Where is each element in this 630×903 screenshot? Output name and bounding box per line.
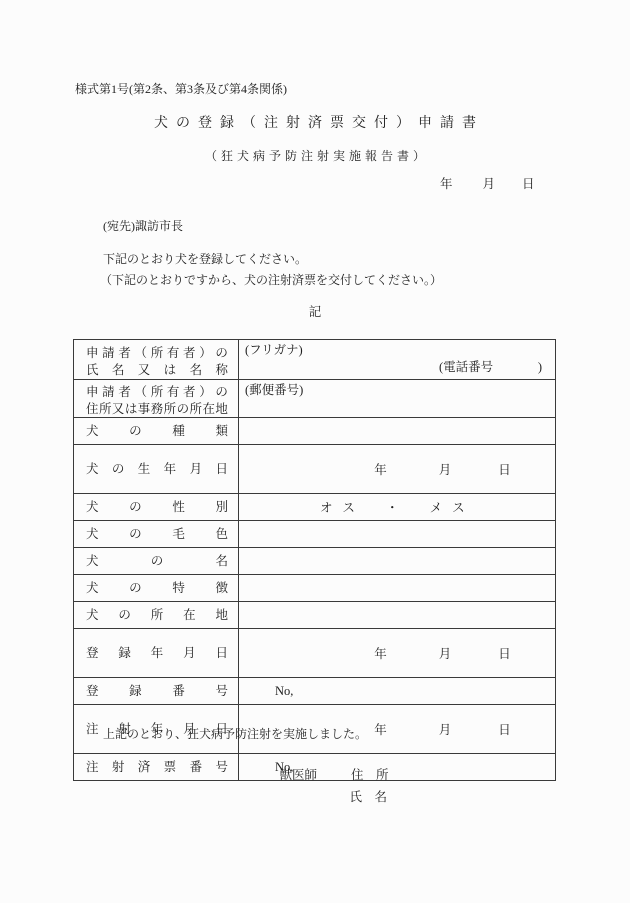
dog-sex-value-cell: オス ・ メス [239, 494, 556, 521]
registration-number-label: 登録番号 [86, 683, 228, 700]
day-label: 日 [498, 723, 511, 737]
dog-name-value-cell [239, 548, 556, 575]
header-date-line: 年 月 日 [440, 177, 535, 192]
registration-date-label: 登録年月日 [86, 645, 228, 662]
dog-name-label-cell: 犬の名 [74, 548, 239, 575]
injection-tag-number-label: 注射済票番号 [86, 759, 228, 776]
applicant-address-label-line1: 申請者（所有者）の [86, 384, 228, 401]
dog-birthdate-value-cell: 年月日 [239, 445, 556, 494]
row-dog-coat-color: 犬の毛色 [74, 521, 556, 548]
day-label: 日 [498, 647, 511, 661]
registration-number-value-cell: No, [239, 678, 556, 705]
vet-title: 獣医師 [280, 768, 318, 782]
applicant-name-label-cell: 申請者（所有者）の 氏名又は名称 [74, 340, 239, 380]
row-dog-birthdate: 犬の生年月日 年月日 [74, 445, 556, 494]
request-line-1: 下記のとおり犬を登録してください。 [103, 252, 307, 267]
row-dog-features: 犬の特徴 [74, 575, 556, 602]
dog-birthdate-label-cell: 犬の生年月日 [74, 445, 239, 494]
applicant-name-value-cell: (フリガナ) (電話番号 ) [239, 340, 556, 380]
form-page: 様式第1号(第2条、第3条及び第4条関係) 犬の登録（注射済票交付）申請書 （狂… [0, 0, 630, 903]
day-label: 日 [498, 463, 511, 477]
header-date-year-label: 年 [440, 177, 453, 192]
dog-location-value-cell [239, 602, 556, 629]
dog-location-label-cell: 犬の所在地 [74, 602, 239, 629]
application-table: 申請者（所有者）の 氏名又は名称 (フリガナ) (電話番号 ) 申請者（所有者）… [73, 339, 556, 781]
row-dog-sex: 犬の性別 オス ・ メス [74, 494, 556, 521]
dog-coat-color-label: 犬の毛色 [86, 526, 228, 543]
dog-coat-color-value-cell [239, 521, 556, 548]
applicant-address-value-cell: (郵便番号) [239, 380, 556, 418]
injection-tag-number-label-cell: 注射済票番号 [74, 754, 239, 781]
dog-sex-label: 犬の性別 [86, 499, 228, 516]
request-line-2: （下記のとおりですから、犬の注射済票を交付してください。） [100, 273, 442, 288]
dog-sex-label-cell: 犬の性別 [74, 494, 239, 521]
registration-number-label-cell: 登録番号 [74, 678, 239, 705]
registration-number-prefix: No, [239, 684, 555, 699]
row-registration-number: 登録番号 No, [74, 678, 556, 705]
dog-birthdate-label: 犬の生年月日 [86, 461, 228, 478]
applicant-name-label-line2: 氏名又は名称 [86, 362, 228, 379]
page-subtitle: （狂犬病予防注射実施報告書） [0, 149, 630, 164]
registration-date-label-cell: 登録年月日 [74, 629, 239, 678]
registration-date-field: 年月日 [239, 629, 555, 677]
vet-name-line: 氏 名 [337, 775, 387, 820]
row-dog-breed: 犬の種類 [74, 418, 556, 445]
applicant-name-label-line1: 申請者（所有者）の [86, 345, 228, 362]
year-label: 年 [374, 463, 387, 477]
phone-number-close-paren: ) [538, 360, 542, 375]
applicant-address-label-cell: 申請者（所有者）の 住所又は事務所の所在地 [74, 380, 239, 418]
row-dog-location: 犬の所在地 [74, 602, 556, 629]
dog-features-label: 犬の特徴 [86, 580, 228, 597]
year-label: 年 [374, 647, 387, 661]
dog-location-label: 犬の所在地 [86, 607, 228, 624]
closing-statement: 上記のとおり、狂犬病予防注射を実施しました。 [103, 727, 367, 742]
phone-number-field: (電話番号 ) [239, 358, 555, 375]
dog-breed-value-cell [239, 418, 556, 445]
year-label: 年 [374, 723, 387, 737]
registration-date-value-cell: 年月日 [239, 629, 556, 678]
dog-sex-options: オス ・ メス [239, 498, 555, 516]
form-number: 様式第1号(第2条、第3条及び第4条関係) [75, 82, 287, 97]
furigana-label: (フリガナ) [239, 340, 555, 358]
page-title: 犬の登録（注射済票交付）申請書 [0, 116, 630, 131]
month-label: 月 [439, 723, 452, 737]
header-date-month-label: 月 [483, 177, 496, 192]
dog-breed-label-cell: 犬の種類 [74, 418, 239, 445]
dog-features-value-cell [239, 575, 556, 602]
dog-name-label: 犬の名 [86, 553, 228, 570]
month-label: 月 [439, 647, 452, 661]
header-date-day-label: 日 [522, 177, 535, 192]
ki-heading: 記 [0, 305, 630, 320]
month-label: 月 [439, 463, 452, 477]
postal-code-label: (郵便番号) [239, 380, 555, 398]
applicant-address-label-line2: 住所又は事務所の所在地 [86, 401, 228, 418]
dog-features-label-cell: 犬の特徴 [74, 575, 239, 602]
recipient-line: (宛先)諏訪市長 [103, 219, 183, 234]
vet-name-label: 氏 名 [350, 790, 388, 804]
row-registration-date: 登録年月日 年月日 [74, 629, 556, 678]
dog-coat-color-label-cell: 犬の毛色 [74, 521, 239, 548]
row-applicant-address: 申請者（所有者）の 住所又は事務所の所在地 (郵便番号) [74, 380, 556, 418]
dog-breed-label: 犬の種類 [86, 423, 228, 440]
row-applicant-name: 申請者（所有者）の 氏名又は名称 (フリガナ) (電話番号 ) [74, 340, 556, 380]
row-dog-name: 犬の名 [74, 548, 556, 575]
phone-number-label: (電話番号 [439, 360, 493, 375]
dog-birthdate-field: 年月日 [239, 445, 555, 493]
